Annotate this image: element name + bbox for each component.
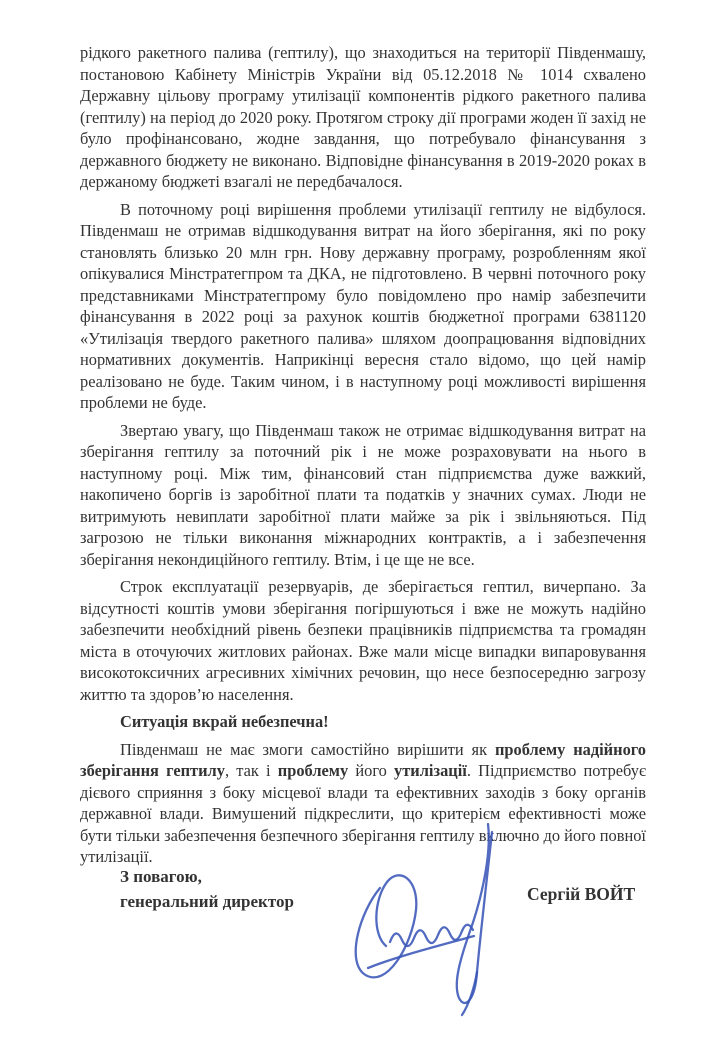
closing-bold-segment: утилізації: [394, 761, 467, 780]
signer-name: Сергій ВОЙТ: [527, 884, 635, 905]
closing-text-segment: , так і: [225, 761, 278, 780]
signoff-block: З повагою, генеральний директор: [120, 864, 294, 914]
letter-body: рідкого ракетного палива (гептилу), що з…: [80, 42, 646, 874]
scanned-letter-page: рідкого ракетного палива (гептилу), що з…: [0, 0, 720, 1038]
body-paragraph-2: В поточному році вирішення проблеми утил…: [80, 199, 646, 414]
alert-statement: Ситуація вкрай небезпечна!: [80, 711, 646, 733]
closing-paragraph: Південмаш не має змоги самостійно виріши…: [80, 739, 646, 868]
signature-stroke: [368, 936, 474, 968]
body-paragraph-4: Строк експлуатації резервуарів, де збері…: [80, 576, 646, 705]
signoff-title: генеральний директор: [120, 889, 294, 914]
closing-bold-segment: проблему: [278, 761, 348, 780]
body-paragraph-1: рідкого ракетного палива (гептилу), що з…: [80, 42, 646, 193]
signature-stroke: [356, 875, 417, 977]
closing-text-segment: Південмаш не має змоги самостійно виріши…: [120, 740, 495, 759]
signature-stroke: [390, 925, 473, 946]
signoff-salutation: З повагою,: [120, 864, 294, 889]
body-paragraph-3: Звертаю увагу, що Південмаш також не отр…: [80, 420, 646, 571]
closing-text-segment: його: [348, 761, 394, 780]
signature-stroke: [462, 972, 477, 1015]
